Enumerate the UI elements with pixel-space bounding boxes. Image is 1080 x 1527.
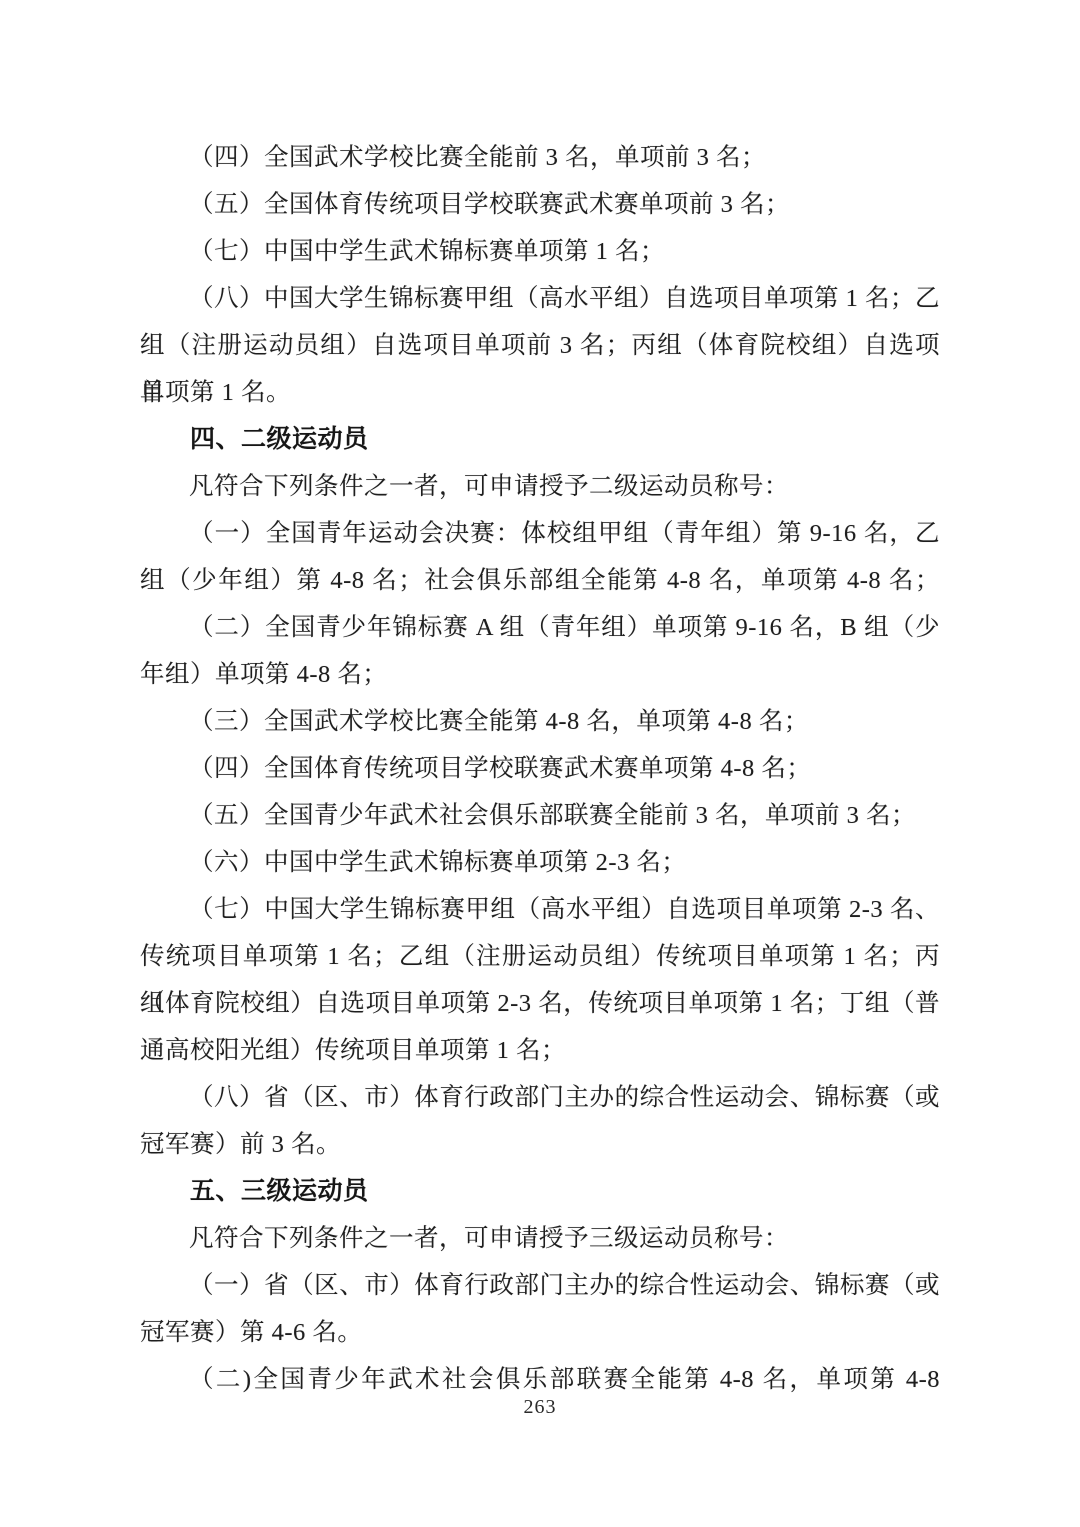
paragraph-line: （三）全国武术学校比赛全能第 4-8 名，单项第 4-8 名； (140, 698, 940, 745)
paragraph-line: （七）中国大学生锦标赛甲组（高水平组）自选项目单项第 2-3 名、 (140, 886, 940, 933)
paragraph-line: （六）中国中学生武术锦标赛单项第 2-3 名； (140, 839, 940, 886)
text-block: （四）全国武术学校比赛全能前 3 名，单项前 3 名； （五）全国体育传统项目学… (140, 134, 940, 1403)
paragraph-line: 传统项目单项第 1 名；乙组（注册运动员组）传统项目单项第 1 名；丙组 (140, 933, 940, 980)
paragraph-line: 单项第 1 名。 (140, 369, 940, 416)
paragraph-line: （五）全国青少年武术社会俱乐部联赛全能前 3 名，单项前 3 名； (140, 792, 940, 839)
paragraph-line: （七）中国中学生武术锦标赛单项第 1 名； (140, 228, 940, 275)
section-heading-level3-athlete: 五、三级运动员 (140, 1168, 940, 1215)
paragraph-line: 凡符合下列条件之一者，可申请授予三级运动员称号： (140, 1215, 940, 1262)
paragraph-line: （体育院校组）自选项目单项第 2-3 名，传统项目单项第 1 名；丁组（普 (140, 980, 940, 1027)
paragraph-line: （五）全国体育传统项目学校联赛武术赛单项前 3 名； (140, 181, 940, 228)
paragraph-line: 年组）单项第 4-8 名； (140, 651, 940, 698)
section-heading-level2-athlete: 四、二级运动员 (140, 416, 940, 463)
paragraph-line: （一）省（区、市）体育行政部门主办的综合性运动会、锦标赛（或 (140, 1262, 940, 1309)
paragraph-line: （一）全国青年运动会决赛：体校组甲组（青年组）第 9-16 名，乙 (140, 510, 940, 557)
paragraph-line: （四）全国武术学校比赛全能前 3 名，单项前 3 名； (140, 134, 940, 181)
paragraph-line: 组（少年组）第 4-8 名；社会俱乐部组全能第 4-8 名，单项第 4-8 名； (140, 557, 940, 604)
paragraph-line: （二）全国青少年锦标赛 A 组（青年组）单项第 9-16 名，B 组（少 (140, 604, 940, 651)
paragraph-line: 凡符合下列条件之一者，可申请授予二级运动员称号： (140, 463, 940, 510)
paragraph-line: 通高校阳光组）传统项目单项第 1 名； (140, 1027, 940, 1074)
paragraph-line: （四）全国体育传统项目学校联赛武术赛单项第 4-8 名； (140, 745, 940, 792)
paragraph-line: 冠军赛）前 3 名。 (140, 1121, 940, 1168)
document-page: （四）全国武术学校比赛全能前 3 名，单项前 3 名； （五）全国体育传统项目学… (0, 0, 1080, 1527)
page-number: 263 (0, 1396, 1080, 1419)
paragraph-line: 冠军赛）第 4-6 名。 (140, 1309, 940, 1356)
paragraph-line: （八）中国大学生锦标赛甲组（高水平组）自选项目单项第 1 名；乙 (140, 275, 940, 322)
paragraph-line: （八）省（区、市）体育行政部门主办的综合性运动会、锦标赛（或 (140, 1074, 940, 1121)
paragraph-line: 组（注册运动员组）自选项目单项前 3 名；丙组（体育院校组）自选项目 (140, 322, 940, 369)
